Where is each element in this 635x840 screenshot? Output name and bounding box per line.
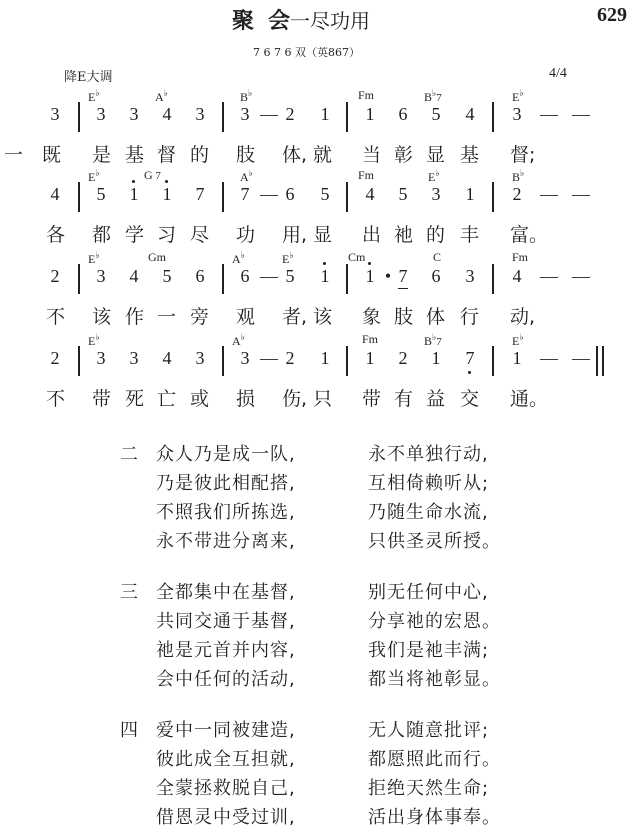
note: 4 (510, 266, 524, 287)
lyric-syllable: 就 (313, 140, 332, 167)
note: 3 (463, 266, 477, 287)
note: 2 (396, 348, 410, 369)
verse-line-second-half: 无人随意批评; (368, 716, 489, 742)
note: 1 (429, 348, 443, 369)
verse-number: 四 (120, 716, 142, 742)
bar-line (222, 102, 224, 132)
verse-line-first-half: 全都集中在基督, (156, 578, 296, 604)
lyric-syllable: 或 (190, 384, 209, 411)
note: • (381, 266, 395, 287)
time-signature: 4/4 (549, 66, 567, 82)
verse-line-first-half: 乃是彼此相配搭, (156, 469, 296, 495)
note: 6 (283, 184, 297, 205)
bar-line (222, 182, 224, 212)
chord-symbol: Fm (362, 332, 378, 347)
bar-line (78, 102, 80, 132)
lyric-syllable: 行 (460, 302, 479, 329)
lyric-syllable: 带 (92, 384, 111, 411)
note: 2 (48, 266, 62, 287)
note: 5 (283, 266, 297, 287)
note: 7 (193, 184, 207, 205)
verse-line-first-half: 众人乃是成一队, (156, 440, 296, 466)
score-line: E♭A♭B♭FmB♭7E♭333433—2116543——一既是基督的肢体,就当… (0, 88, 635, 168)
chord-symbol: E♭ (88, 168, 100, 185)
verse-line-first-half: 祂是元首并内容, (156, 636, 296, 662)
chord-symbol: A♭ (240, 168, 253, 185)
verse-line-second-half: 活出身体事奉。 (368, 803, 501, 829)
verse-line-second-half: 都愿照此而行。 (368, 745, 501, 771)
note: 1 (127, 184, 141, 205)
bar-line (346, 264, 348, 294)
lyric-syllable: 用, (282, 220, 307, 247)
octave-down-dot (468, 371, 471, 374)
chord-symbol: A♭ (232, 332, 245, 349)
lyric-syllable: 各 (46, 220, 65, 247)
note: 5 (396, 184, 410, 205)
note-extension: — (260, 184, 274, 205)
note: 3 (48, 104, 62, 125)
bar-line (492, 264, 494, 294)
verse-line-first-half: 借恩灵中受过训, (156, 803, 296, 829)
lyric-syllable: 富。 (510, 220, 548, 247)
lyric-syllable: 益 (426, 384, 445, 411)
chord-symbol: Fm (512, 250, 528, 265)
verse-line-second-half: 别无任何中心, (368, 578, 489, 604)
lyric-syllable: 学 (125, 220, 144, 247)
chord-symbol: Gm (148, 250, 166, 265)
bar-line (222, 264, 224, 294)
verse-line-second-half: 互相倚赖听从; (368, 469, 489, 495)
lyric-syllable: 的 (426, 220, 445, 247)
note: 5 (94, 184, 108, 205)
key-signature: 降E大调 (64, 66, 113, 85)
bar-line (492, 346, 494, 376)
note: 7 (238, 184, 252, 205)
note-extension: — (260, 348, 274, 369)
lyric-syllable: 肢 (236, 140, 255, 167)
verse-line-first-half: 彼此成全互担就, (156, 745, 296, 771)
verse-number: 三 (120, 578, 142, 604)
note: 4 (127, 266, 141, 287)
lyric-syllable: 作 (125, 302, 144, 329)
lyric-syllable: 死 (125, 384, 144, 411)
chord-symbol: C (433, 250, 441, 265)
note-extension: — (572, 266, 586, 287)
lyric-syllable: 体, (282, 140, 307, 167)
note: 1 (318, 266, 332, 287)
bar-line (346, 182, 348, 212)
note: 2 (510, 184, 524, 205)
lyric-syllable: 损 (236, 384, 255, 411)
hymn-number: 629 (597, 4, 627, 27)
lyric-syllable: 有 (394, 384, 413, 411)
bar-line (78, 346, 80, 376)
chord-symbol: A♭ (155, 88, 168, 105)
lyric-syllable: 功 (236, 220, 255, 247)
chord-symbol: E♭ (88, 88, 100, 105)
lyric-syllable: 督; (510, 140, 535, 167)
lyric-syllable: 不 (46, 384, 65, 411)
lyric-syllable: 习 (157, 220, 176, 247)
lyric-syllable: 旁 (190, 302, 209, 329)
chord-symbol: Cm (348, 250, 365, 265)
note: 1 (363, 348, 377, 369)
chord-symbol: B♭7 (424, 332, 442, 349)
chord-symbol: B♭ (512, 168, 524, 185)
lyric-syllable: 当 (362, 140, 381, 167)
lyric-syllable: 通。 (510, 384, 548, 411)
note-extension: — (260, 104, 274, 125)
note: 4 (48, 184, 62, 205)
bar-line (222, 346, 224, 376)
verse-number: 二 (120, 440, 142, 466)
note: 3 (510, 104, 524, 125)
note: 3 (238, 348, 252, 369)
score-line: E♭GmA♭E♭CmCFm234566—511•7634——不该作一旁观者,该象… (0, 250, 635, 330)
verse-line-first-half: 不照我们所拣选, (156, 498, 296, 524)
note: 2 (283, 104, 297, 125)
verse-line-second-half: 拒绝天然生命; (368, 774, 489, 800)
note: 5 (429, 104, 443, 125)
lyric-syllable: 彰 (394, 140, 413, 167)
chord-symbol: E♭ (88, 250, 100, 267)
chord-symbol: E♭ (88, 332, 100, 349)
verse-line-first-half: 会中任何的活动, (156, 665, 296, 691)
note: 5 (160, 266, 174, 287)
note-extension: — (540, 348, 554, 369)
lyric-syllable: 带 (362, 384, 381, 411)
chord-symbol: E♭ (512, 88, 524, 105)
lyric-syllable: 一 (157, 302, 176, 329)
note: 3 (193, 348, 207, 369)
final-double-bar (596, 346, 604, 376)
lyric-syllable: 显 (426, 140, 445, 167)
verse-line-second-half: 只供圣灵所授。 (368, 527, 501, 553)
note: 7 (463, 348, 477, 369)
meter-info: 7 6 7 6 双（英867） (253, 44, 360, 60)
verse-line-first-half: 全蒙拯救脱自己, (156, 774, 296, 800)
octave-up-dot (132, 180, 135, 183)
note-extension: — (572, 104, 586, 125)
note: 1 (363, 104, 377, 125)
title-word-2: 会 (268, 9, 290, 34)
lyric-syllable: 基 (460, 140, 479, 167)
note: 4 (363, 184, 377, 205)
note: 6 (238, 266, 252, 287)
note-extension: — (260, 266, 274, 287)
note: 1 (510, 348, 524, 369)
note: 5 (318, 184, 332, 205)
title-subtitle: 一尽功用 (290, 9, 370, 33)
chord-symbol: B♭ (240, 88, 252, 105)
lyric-syllable: 出 (362, 220, 381, 247)
note: 1 (318, 104, 332, 125)
note: 3 (94, 348, 108, 369)
lyric-syllable: 是 (92, 140, 111, 167)
bar-line (346, 102, 348, 132)
note: 4 (160, 104, 174, 125)
note: 3 (429, 184, 443, 205)
note: 1 (318, 348, 332, 369)
bar-line (492, 102, 494, 132)
chord-symbol: Fm (358, 88, 374, 103)
note: 3 (94, 104, 108, 125)
note: 3 (127, 104, 141, 125)
score-line: E♭A♭FmB♭7E♭233433—2112171——不带死亡或损伤,只带有益交… (0, 332, 635, 412)
lyric-syllable: 亡 (157, 384, 176, 411)
chord-symbol: E♭ (512, 332, 524, 349)
lyric-syllable: 伤, (282, 384, 307, 411)
note: 3 (193, 104, 207, 125)
note-extension: — (572, 184, 586, 205)
lyric-syllable: 只 (313, 384, 332, 411)
lyric-syllable: 都 (92, 220, 111, 247)
note: 3 (238, 104, 252, 125)
lyric-syllable: 尽 (190, 220, 209, 247)
note: 7 (396, 266, 410, 287)
lyric-syllable: 丰 (460, 220, 479, 247)
note: 4 (463, 104, 477, 125)
chord-symbol: A♭ (232, 250, 245, 267)
bar-line (78, 264, 80, 294)
lyric-syllable: 动, (510, 302, 535, 329)
note: 2 (283, 348, 297, 369)
note: 4 (160, 348, 174, 369)
note-extension: — (572, 348, 586, 369)
bar-line (346, 346, 348, 376)
lyric-syllable: 的 (190, 140, 209, 167)
octave-up-dot (323, 262, 326, 265)
lyric-syllable: 交 (460, 384, 479, 411)
lyric-syllable: 一 (4, 140, 23, 167)
lyric-syllable: 象 (362, 302, 381, 329)
octave-up-dot (368, 262, 371, 265)
note: 6 (396, 104, 410, 125)
bar-line (78, 182, 80, 212)
note: 1 (463, 184, 477, 205)
note: 6 (193, 266, 207, 287)
chord-symbol: Fm (358, 168, 374, 183)
verse-line-second-half: 我们是祂丰满; (368, 636, 489, 662)
lyric-syllable: 不 (46, 302, 65, 329)
note-extension: — (540, 104, 554, 125)
lyric-syllable: 基 (125, 140, 144, 167)
verse-line-first-half: 共同交通于基督, (156, 607, 296, 633)
verse-line-first-half: 永不带进分离来, (156, 527, 296, 553)
chord-symbol: E♭ (282, 250, 294, 267)
chord-symbol: E♭ (428, 168, 440, 185)
verse-line-first-half: 爱中一同被建造, (156, 716, 296, 742)
note: 2 (48, 348, 62, 369)
note: 6 (429, 266, 443, 287)
lyric-syllable: 肢 (394, 302, 413, 329)
note: 1 (363, 266, 377, 287)
lyric-syllable: 督 (157, 140, 176, 167)
lyric-syllable: 该 (313, 302, 332, 329)
verse-line-second-half: 都当将祂彰显。 (368, 665, 501, 691)
verse-line-second-half: 乃随生命水流, (368, 498, 489, 524)
title-word-1: 聚 (232, 9, 254, 34)
lyric-syllable: 祂 (394, 220, 413, 247)
verse-line-second-half: 永不单独行动, (368, 440, 489, 466)
note: 3 (127, 348, 141, 369)
lyric-syllable: 观 (236, 302, 255, 329)
bar-line (492, 182, 494, 212)
note: 3 (94, 266, 108, 287)
lyric-syllable: 者, (282, 302, 307, 329)
note: 1 (160, 184, 174, 205)
chord-symbol: B♭7 (424, 88, 442, 105)
hymn-title: 聚会一尽功用 (232, 4, 370, 35)
note-extension: — (540, 266, 554, 287)
lyric-syllable: 体 (426, 302, 445, 329)
verse-line-second-half: 分享祂的宏恩。 (368, 607, 501, 633)
chord-symbol: G 7 (144, 168, 161, 183)
note-extension: — (540, 184, 554, 205)
lyric-syllable: 显 (313, 220, 332, 247)
octave-up-dot (165, 180, 168, 183)
lyric-syllable: 该 (92, 302, 111, 329)
lyric-syllable: 既 (42, 140, 61, 167)
score-line: E♭G 7A♭FmE♭B♭451177—6545312——各都学习尽功用,显出祂… (0, 168, 635, 248)
